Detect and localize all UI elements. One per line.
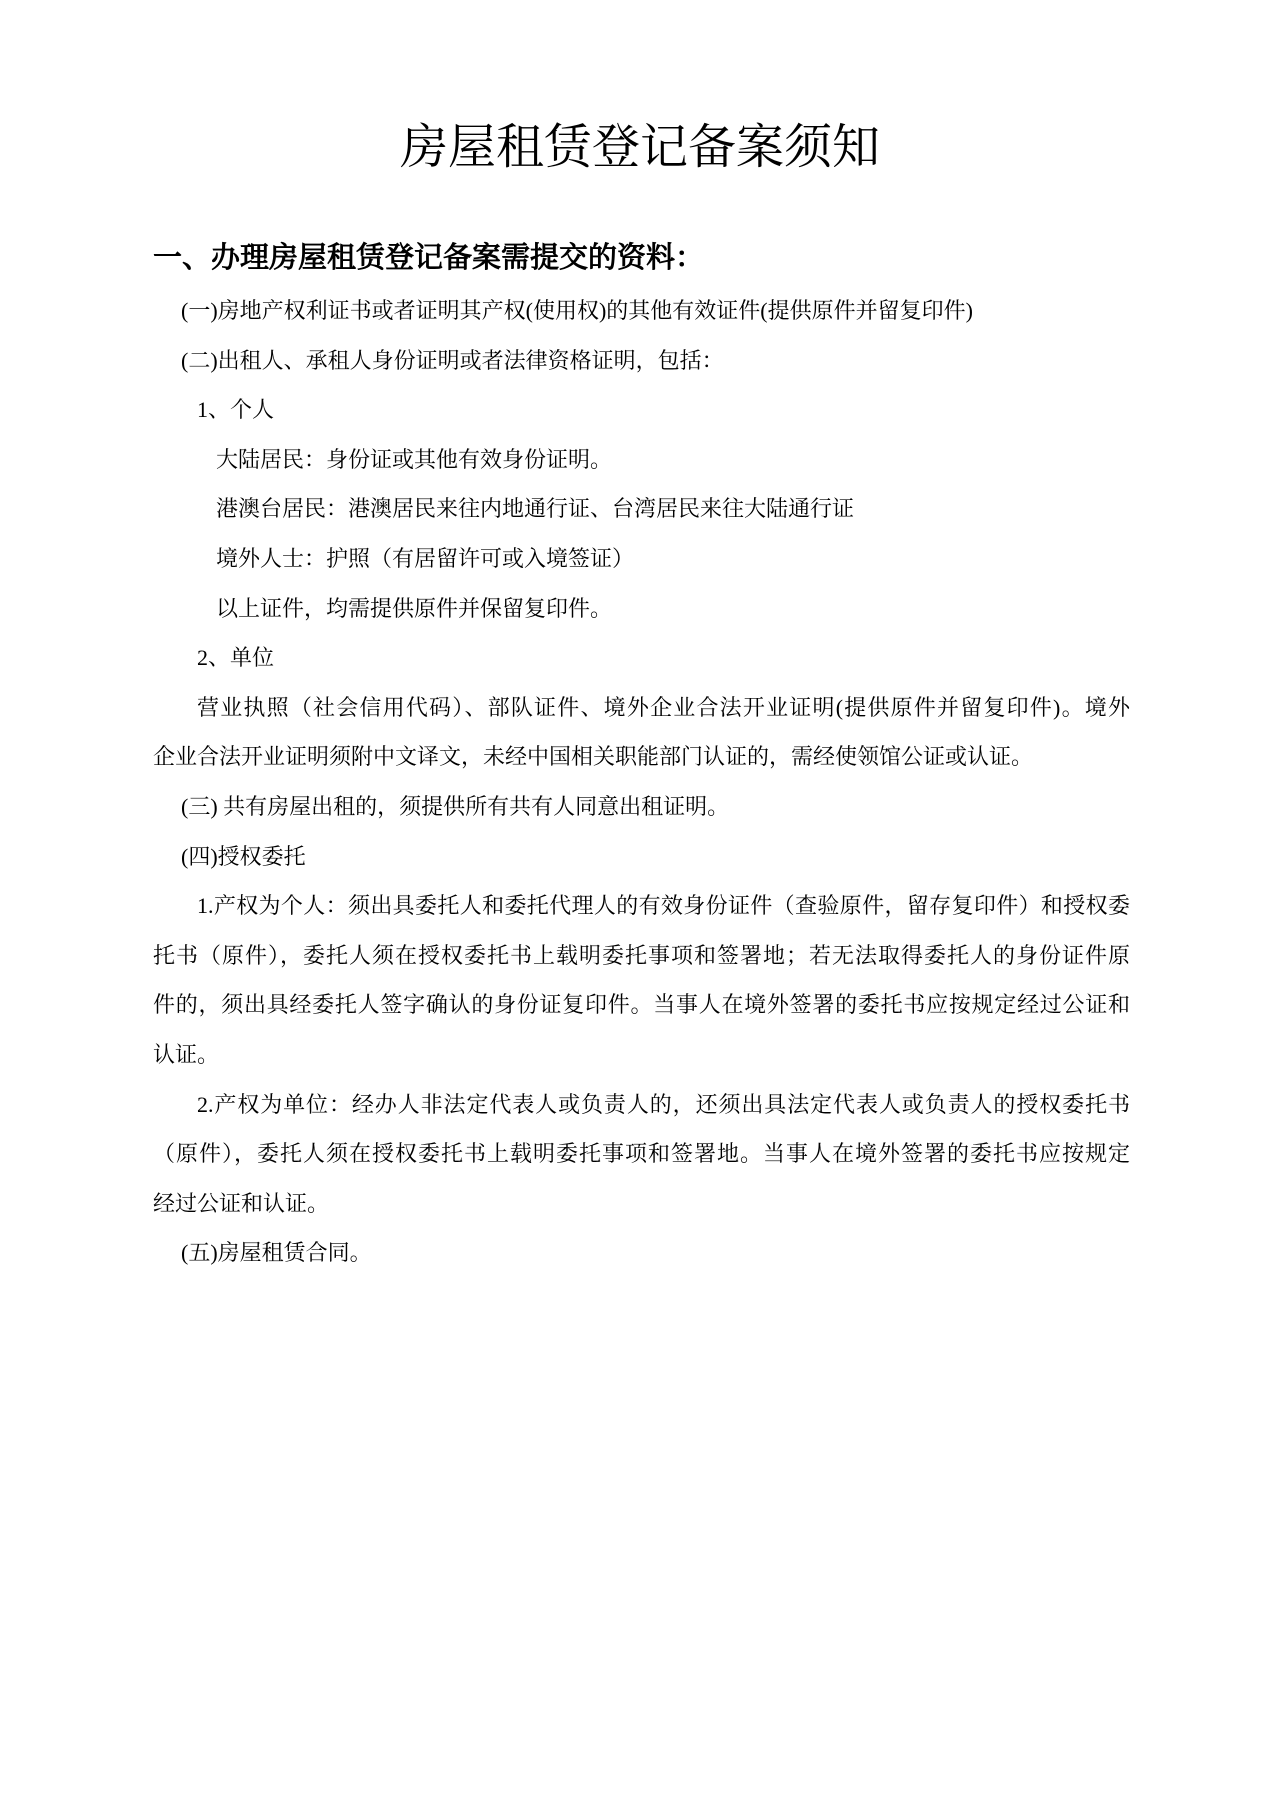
document-line: 1、个人 (153, 385, 1130, 435)
document-line: 2、单位 (153, 633, 1130, 683)
document-line: （原件），委托人须在授权委托书上载明委托事项和签署地。当事人在境外签署的委托书应… (153, 1129, 1130, 1179)
document-body: (一)房地产权利证书或者证明其产权(使用权)的其他有效证件(提供原件并留复印件)… (0, 286, 1280, 1278)
document-title: 房屋租赁登记备案须知 (0, 0, 1280, 178)
document-line: 港澳台居民：港澳居民来往内地通行证、台湾居民来往大陆通行证 (153, 484, 1130, 534)
document-line: 1.产权为个人：须出具委托人和委托代理人的有效身份证件（查验原件，留存复印件）和… (153, 881, 1130, 931)
document-line: 件的，须出具经委托人签字确认的身份证复印件。当事人在境外签署的委托书应按规定经过… (153, 980, 1130, 1030)
document-line: 境外人士：护照（有居留许可或入境签证） (153, 534, 1130, 584)
document-line: 营业执照（社会信用代码）、部队证件、境外企业合法开业证明(提供原件并留复印件)。… (153, 683, 1130, 733)
section-heading: 一、办理房屋租赁登记备案需提交的资料： (0, 236, 1280, 280)
document-line: 以上证件，均需提供原件并保留复印件。 (153, 584, 1130, 634)
document-line: 托书（原件），委托人须在授权委托书上载明委托事项和签署地；若无法取得委托人的身份… (153, 931, 1130, 981)
document-line: 认证。 (153, 1030, 1130, 1080)
document-line: (一)房地产权利证书或者证明其产权(使用权)的其他有效证件(提供原件并留复印件) (153, 286, 1130, 336)
document-line: (五)房屋租赁合同。 (153, 1228, 1130, 1278)
document-line: (二)出租人、承租人身份证明或者法律资格证明，包括： (153, 336, 1130, 386)
document-line: 企业合法开业证明须附中文译文，未经中国相关职能部门认证的，需经使领馆公证或认证。 (153, 732, 1130, 782)
document-line: 大陆居民：身份证或其他有效身份证明。 (153, 435, 1130, 485)
document-page: 房屋租赁登记备案须知 一、办理房屋租赁登记备案需提交的资料： (一)房地产权利证… (0, 0, 1280, 1811)
document-line: (四)授权委托 (153, 832, 1130, 882)
document-line: (三) 共有房屋出租的，须提供所有共有人同意出租证明。 (153, 782, 1130, 832)
document-line: 2.产权为单位：经办人非法定代表人或负责人的，还须出具法定代表人或负责人的授权委… (153, 1080, 1130, 1130)
document-line: 经过公证和认证。 (153, 1179, 1130, 1229)
